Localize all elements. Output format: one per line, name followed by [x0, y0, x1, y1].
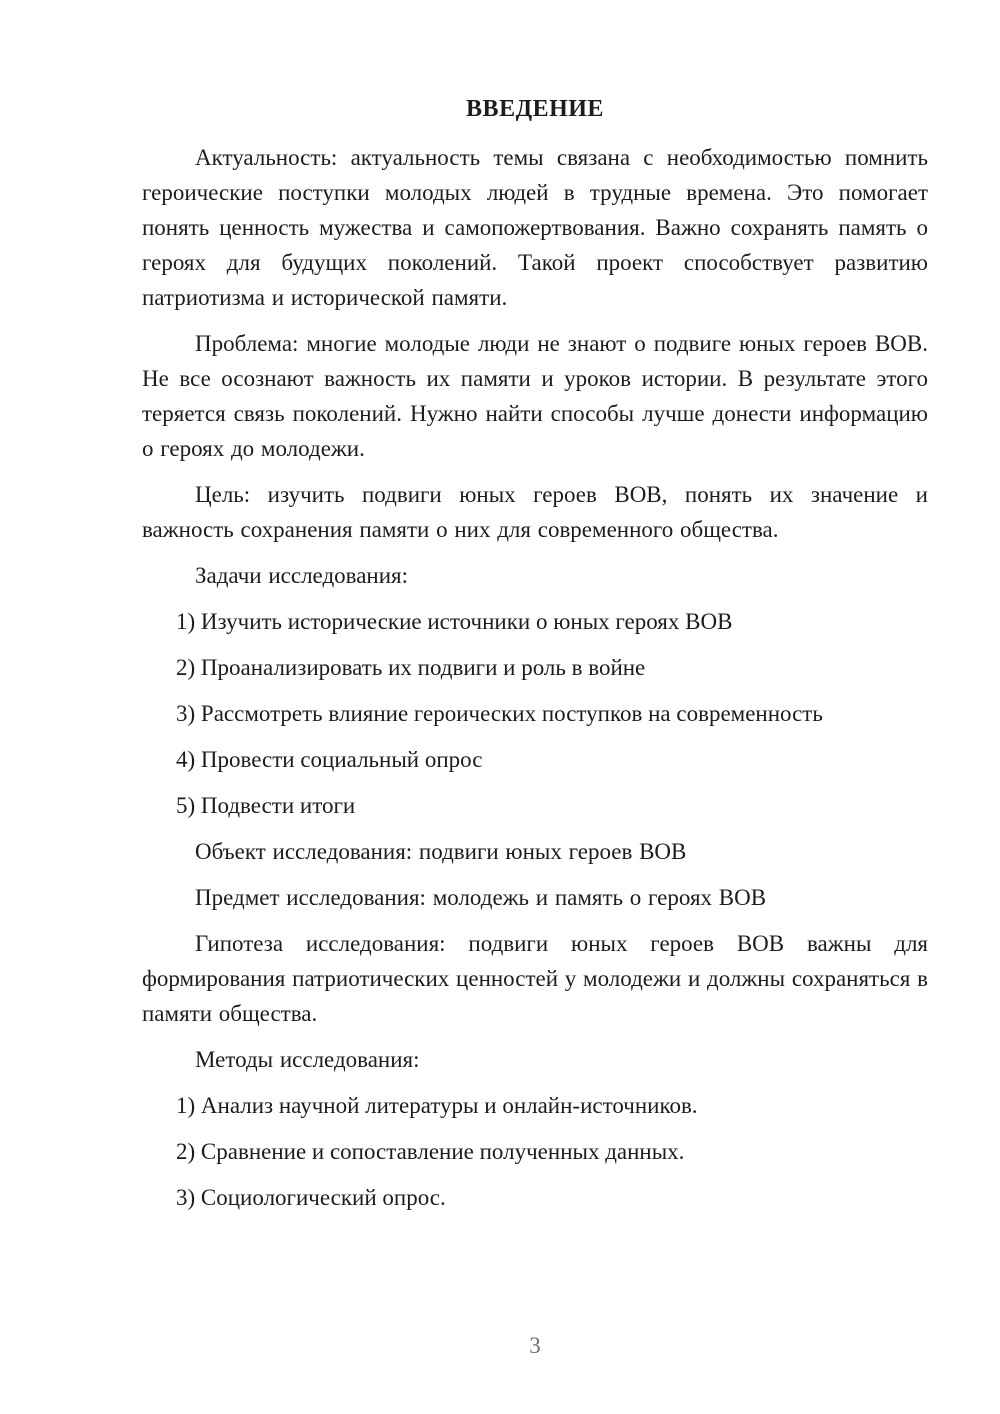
tasks-list: 1) Изучить исторические источники о юных… [142, 604, 928, 823]
paragraph-problem: Проблема: многие молодые люди не знают о… [142, 326, 928, 466]
method-item-3: 3) Социологический опрос. [176, 1180, 928, 1215]
task-item-5: 5) Подвести итоги [176, 788, 928, 823]
task-item-2: 2) Проанализировать их подвиги и роль в … [176, 650, 928, 685]
paragraph-subject: Предмет исследования: молодежь и память … [142, 880, 928, 915]
text-column: ВВЕДЕНИЕ Актуальность: актуальность темы… [142, 96, 928, 1226]
tasks-heading: Задачи исследования: [142, 558, 928, 593]
document-page: ВВЕДЕНИЕ Актуальность: актуальность темы… [0, 0, 1000, 1414]
task-item-1: 1) Изучить исторические источники о юных… [176, 604, 928, 639]
section-title: ВВЕДЕНИЕ [142, 96, 928, 122]
task-item-4: 4) Провести социальный опрос [176, 742, 928, 777]
methods-heading: Методы исследования: [142, 1042, 928, 1077]
methods-list: 1) Анализ научной литературы и онлайн-ис… [142, 1088, 928, 1215]
paragraph-goal: Цель: изучить подвиги юных героев ВОВ, п… [142, 477, 928, 547]
task-item-3: 3) Рассмотреть влияние героических посту… [176, 696, 928, 731]
page-number: 3 [142, 1331, 928, 1361]
paragraph-relevance: Актуальность: актуальность темы связана … [142, 140, 928, 315]
paragraph-object: Объект исследования: подвиги юных героев… [142, 834, 928, 869]
method-item-1: 1) Анализ научной литературы и онлайн-ис… [176, 1088, 928, 1123]
paragraph-hypothesis: Гипотеза исследования: подвиги юных геро… [142, 926, 928, 1031]
method-item-2: 2) Сравнение и сопоставление полученных … [176, 1134, 928, 1169]
